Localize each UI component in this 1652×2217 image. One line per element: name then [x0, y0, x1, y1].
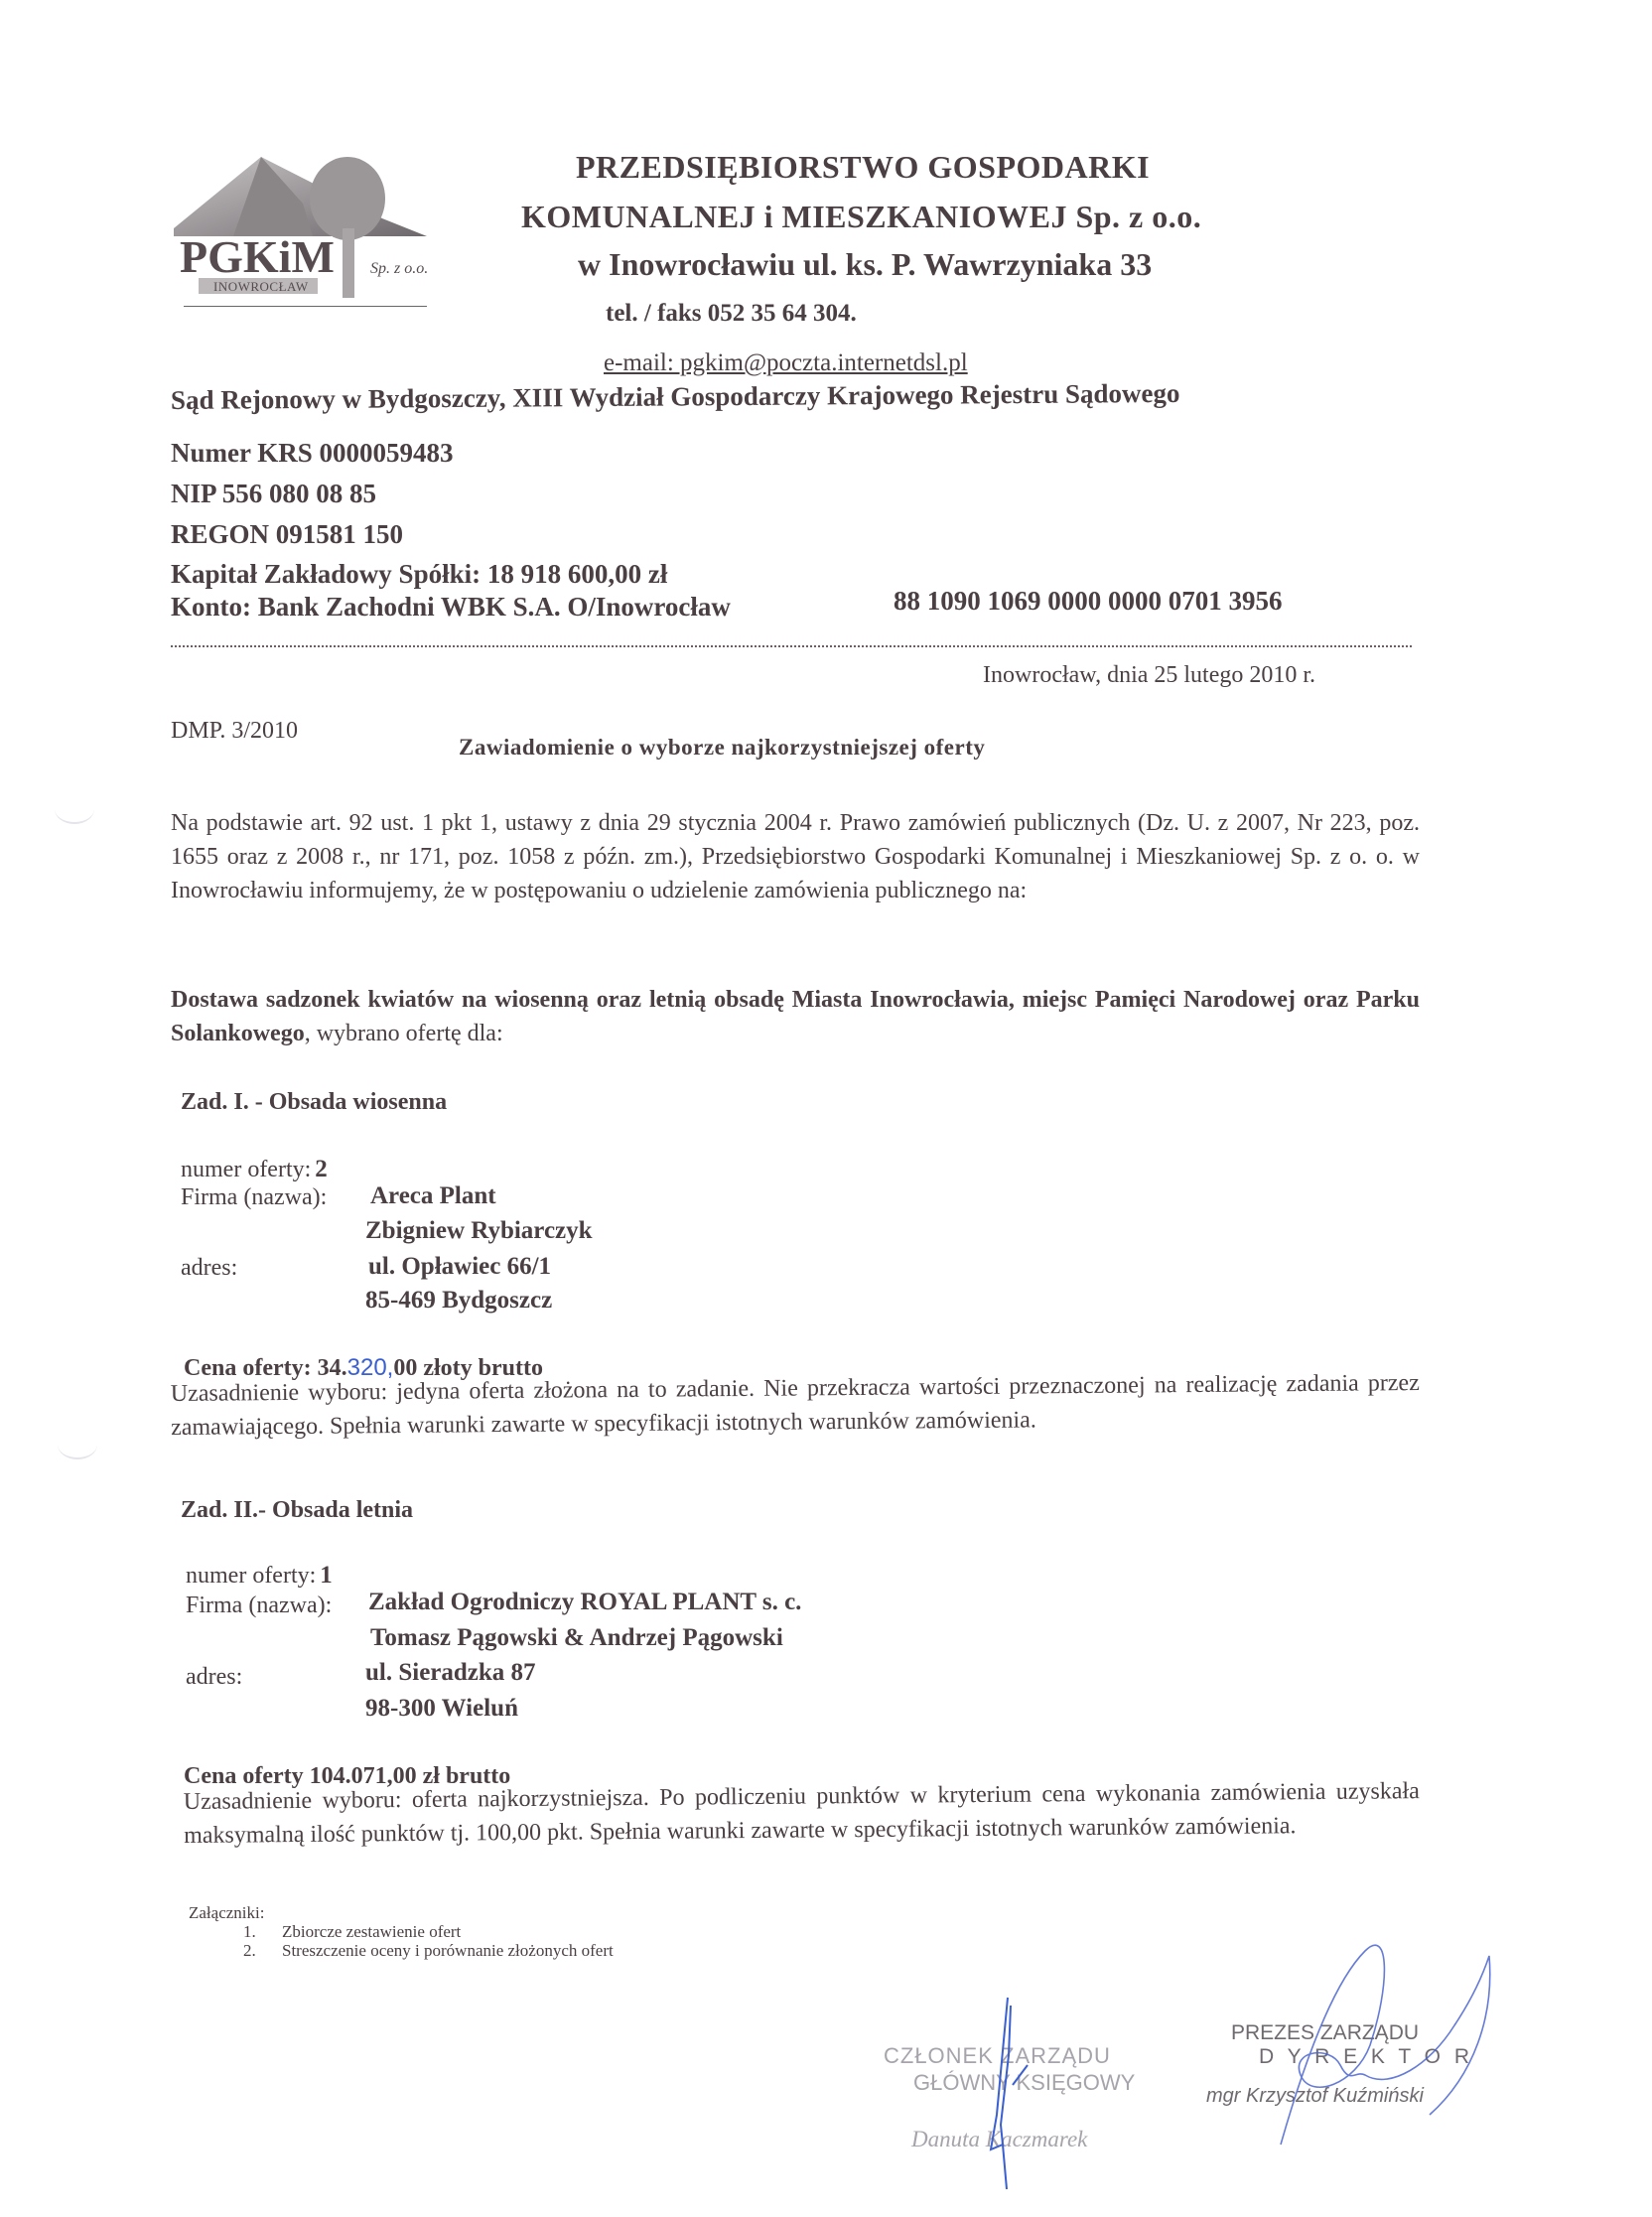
place-date: Inowrocław, dnia 25 lutego 2010 r. — [983, 662, 1315, 689]
offer-number-value: 2 — [315, 1156, 328, 1182]
task-1-company-line2: Zbigniew Rybiarczyk — [365, 1217, 593, 1245]
intro-paragraph: Na podstawie art. 92 ust. 1 pkt 1, ustaw… — [171, 806, 1420, 907]
company-label: Firma (nazwa): — [186, 1593, 332, 1619]
subject-tail: , wybrano ofertę dla: — [305, 1021, 503, 1046]
document-title: Zawiadomienie o wyborze najkorzystniejsz… — [459, 735, 985, 761]
task-2-offer-number: numer oferty: 1 — [186, 1562, 333, 1590]
bank-account: 88 1090 1069 0000 0000 0701 3956 — [894, 586, 1283, 617]
regon-number: REGON 091581 150 — [171, 519, 403, 550]
logo-divider — [184, 306, 427, 307]
share-capital: Kapitał Zakładowy Spółki: 18 918 600,00 … — [171, 559, 667, 590]
offer-number-label: numer oferty: — [186, 1563, 316, 1589]
company-logo: PGKiM INOWROCŁAW Sp. z o.o. — [174, 149, 457, 318]
reference-number: DMP. 3/2010 — [171, 718, 298, 745]
task-1-offer-number: numer oferty: 2 — [181, 1156, 328, 1183]
address-label: adres: — [181, 1255, 237, 1282]
logo-sub: INOWROCŁAW — [213, 279, 309, 295]
attachment-text: Zbiorcze zestawienie ofert — [282, 1922, 461, 1941]
krs-number: Numer KRS 0000059483 — [171, 438, 454, 469]
task-1-address-line1: ul. Opławiec 66/1 — [368, 1253, 551, 1281]
signature-right-icon — [1191, 1926, 1509, 2164]
task-2-heading: Zad. II.- Obsada letnia — [181, 1497, 413, 1524]
attachment-item: 1. Zbiorcze zestawienie ofert — [243, 1922, 461, 1942]
attachments-heading: Załączniki: — [189, 1903, 264, 1923]
company-name-line1: PRZEDSIĘBIORSTWO GOSPODARKI — [576, 149, 1150, 186]
attachment-text: Streszczenie oceny i porównanie złożonyc… — [282, 1941, 614, 1960]
signature-left-icon — [983, 1996, 1042, 2194]
task-1-address-line2: 85-469 Bydgoszcz — [365, 1287, 552, 1315]
attachment-item: 2. Streszczenie oceny i porównanie złożo… — [243, 1941, 614, 1961]
task-2-company-line1: Zakład Ogrodniczy ROYAL PLANT s. c. — [368, 1589, 801, 1616]
task-1-heading: Zad. I. - Obsada wiosenna — [181, 1089, 447, 1116]
offer-number-value: 1 — [320, 1562, 333, 1589]
company-phone: tel. / faks 052 35 64 304. — [606, 300, 857, 328]
bank-name: Konto: Bank Zachodni WBK S.A. O/Inowrocł… — [171, 592, 731, 623]
task-2-address-line2: 98-300 Wieluń — [365, 1695, 518, 1723]
company-email[interactable]: e-mail: pgkim@poczta.internetdsl.pl — [604, 349, 968, 377]
task-2-justification: Uzasadnienie wyboru: oferta najkorzystni… — [184, 1774, 1421, 1853]
address-label: adres: — [186, 1664, 242, 1691]
task-1-company-line1: Areca Plant — [370, 1182, 496, 1210]
attachment-number: 1. — [243, 1922, 256, 1941]
offer-number-label: numer oferty: — [181, 1157, 311, 1182]
court-registry: Sąd Rejonowy w Bydgoszczy, XIII Wydział … — [171, 378, 1180, 416]
nip-number: NIP 556 080 08 85 — [171, 479, 376, 509]
punch-hole — [58, 1430, 97, 1459]
dotted-divider — [171, 645, 1412, 647]
attachment-number: 2. — [243, 1941, 256, 1960]
logo-suffix: Sp. z o.o. — [370, 260, 428, 278]
subject-paragraph: Dostawa sadzonek kwiatów na wiosenną ora… — [171, 983, 1420, 1050]
task-2-address-line1: ul. Sieradzka 87 — [365, 1659, 536, 1687]
punch-hole — [55, 794, 94, 824]
task-1-justification: Uzasadnienie wyboru: jedyna oferta złożo… — [171, 1366, 1421, 1445]
task-2-company-line2: Tomasz Pągowski & Andrzej Pągowski — [370, 1624, 783, 1652]
company-address: w Inowrocławiu ul. ks. P. Wawrzyniaka 33 — [578, 246, 1152, 283]
company-name-line2: KOMUNALNEJ i MIESZKANIOWEJ Sp. z o.o. — [521, 199, 1201, 235]
company-label: Firma (nazwa): — [181, 1184, 327, 1211]
logo-main: PGKiM — [180, 230, 335, 283]
